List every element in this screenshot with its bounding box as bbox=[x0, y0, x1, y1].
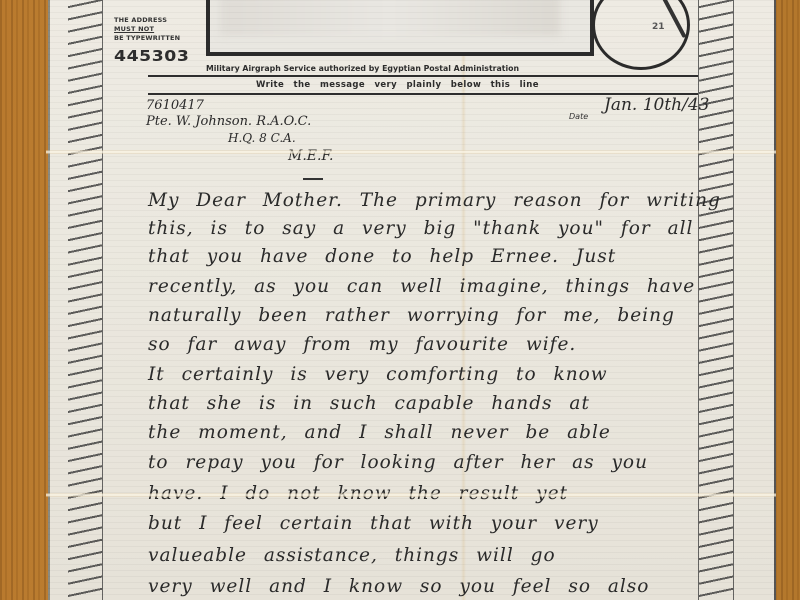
horizontal-fold-crease bbox=[46, 150, 776, 154]
address-notice: THE ADDRESS MUST NOT BE TYPEWRITTEN bbox=[114, 16, 180, 43]
date-label: Date bbox=[569, 112, 588, 121]
letter-line: It certainly is very comforting to know bbox=[148, 364, 608, 385]
letter-line: so far away from my favourite wife. bbox=[148, 334, 576, 355]
letter-line: this, is to say a very big "thank you" f… bbox=[148, 218, 693, 239]
redacted-address bbox=[220, 0, 560, 36]
postmark-stamp-icon bbox=[592, 0, 690, 70]
serial-number: 445303 bbox=[114, 47, 189, 65]
letter-line: that you have done to help Ernee. Just bbox=[148, 246, 616, 267]
letter-line: but I feel certain that with your very bbox=[148, 513, 599, 534]
stamp-number: 21 bbox=[652, 22, 665, 32]
header-rule bbox=[148, 75, 698, 77]
letter-line: to repay you for looking after her as yo… bbox=[148, 452, 648, 473]
service-authorization-text: Military Airgraph Service authorized by … bbox=[206, 64, 519, 73]
vertical-fold-crease bbox=[461, 0, 466, 600]
letter-line: that she is in such capable hands at bbox=[148, 393, 590, 414]
hatched-border-right bbox=[698, 0, 734, 600]
letter-line: valueable assistance, things will go bbox=[148, 545, 556, 566]
letter-line: My Dear Mother. The primary reason for w… bbox=[148, 190, 721, 211]
location-underline bbox=[303, 178, 323, 180]
letter-line: very well and I know so you feel so also bbox=[148, 576, 649, 597]
letter-line: recently, as you can well imagine, thing… bbox=[148, 276, 695, 297]
address-box bbox=[206, 0, 594, 56]
wooden-surface-right bbox=[774, 0, 800, 600]
letter-line: naturally been rather worrying for me, b… bbox=[148, 305, 675, 326]
sender-name: Pte. W. Johnson. R.A.O.C. bbox=[146, 114, 311, 129]
wooden-surface-left bbox=[0, 0, 46, 600]
date-value: Jan. 10th/43 bbox=[604, 95, 709, 115]
horizontal-fold-crease bbox=[46, 493, 776, 497]
hatched-border-left bbox=[68, 0, 103, 600]
airgraph-letter: THE ADDRESS MUST NOT BE TYPEWRITTEN 4453… bbox=[48, 0, 776, 600]
sender-number: 7610417 bbox=[146, 98, 204, 113]
sender-unit: H.Q. 8 C.A. bbox=[228, 131, 296, 145]
instruction-text: Write the message very plainly below thi… bbox=[256, 80, 539, 90]
letter-line: the moment, and I shall never be able bbox=[148, 422, 611, 443]
